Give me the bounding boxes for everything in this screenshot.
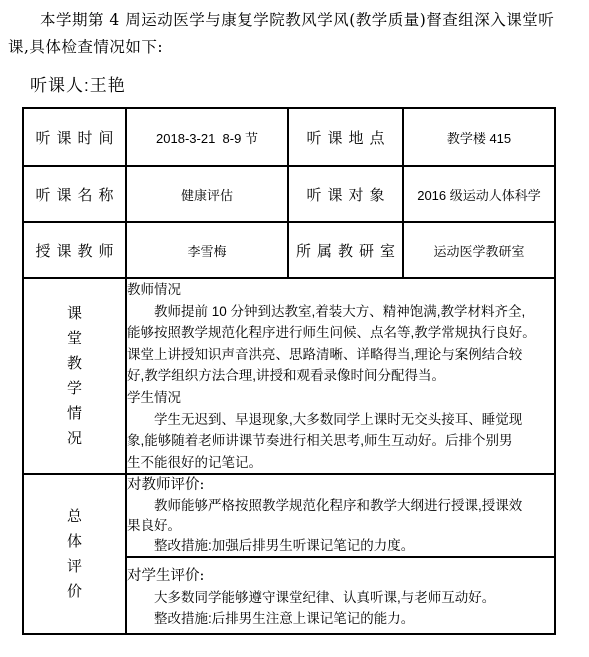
intro-line-2: 课,具体检查情况如下:: [8, 34, 586, 61]
intro-line-1: 本学期第 4 周运动医学与康复学院教风学风(教学质量)督查组深入课堂听: [8, 7, 586, 34]
listener-line: 听课人:王艳: [30, 71, 126, 96]
content-line: 课堂上讲授知识声音洪亮、思路清晰、详略得当,理论与案例结合较: [127, 344, 554, 366]
value-teaching-office: 运动医学教研室: [403, 222, 555, 278]
label-teacher: 授课教师: [23, 222, 126, 278]
table-row: 听课名称 健康评估 听课对象 2016 级运动人体科学: [23, 166, 555, 222]
overall-evaluation-teacher-row: 总体评价 对教师评价: 教师能够严格按照教学规范化程序和教学大纲进行授课,授课效…: [23, 474, 555, 557]
label-course-name: 听课名称: [23, 166, 126, 222]
content-line: 教师情况: [127, 279, 554, 301]
inspection-table: 听课时间 2018-3-21 8-9 节 听课地点 教学楼 415 听课名称 健…: [22, 107, 556, 635]
content-line: 象,能够随着老师讲课节奏进行相关思考,师生互动好。后排个别男: [127, 430, 554, 452]
content-line: 大多数同学能够遵守课堂纪律、认真听课,与老师互动好。: [127, 587, 554, 608]
intro-paragraph: 本学期第 4 周运动医学与康复学院教风学风(教学质量)督查组深入课堂听 课,具体…: [8, 7, 586, 61]
content-line: 整改措施:后排男生注意上课记笔记的能力。: [127, 608, 554, 629]
content-line: 学生情况: [127, 387, 554, 409]
label-listen-time: 听课时间: [23, 108, 126, 166]
value-listen-place: 教学楼 415: [403, 108, 555, 166]
label-audience: 听课对象: [288, 166, 403, 222]
content-line: 生不能很好的记笔记。: [127, 452, 554, 474]
teacher-evaluation-content: 对教师评价: 教师能够严格按照教学规范化程序和教学大纲进行授课,授课效 果良好。…: [126, 474, 555, 557]
value-audience: 2016 级运动人体科学: [403, 166, 555, 222]
table-row: 授课教师 李雪梅 所属教研室 运动医学教研室: [23, 222, 555, 278]
value-course-name: 健康评估: [126, 166, 288, 222]
label-teaching-office: 所属教研室: [288, 222, 403, 278]
content-line: 整改措施:加强后排男生听课记笔记的力度。: [127, 536, 554, 556]
classroom-situation-row: 课堂教学情况 教师情况 教师提前 10 分钟到达教室,着装大方、精神饱满,教学材…: [23, 278, 555, 474]
student-evaluation-heading: 对学生评价:: [127, 566, 554, 587]
content-line: 能够按照教学规范化程序进行师生问候、点名等,教学常规执行良好。: [127, 322, 554, 344]
content-line: 果良好。: [127, 516, 554, 536]
content-line: 教师能够严格按照教学规范化程序和教学大纲进行授课,授课效: [127, 496, 554, 516]
content-line: 好,教学组织方法合理,讲授和观看录像时间分配得当。: [127, 365, 554, 387]
classroom-situation-label-cell: 课堂教学情况: [23, 278, 126, 474]
content-line: 教师提前 10 分钟到达教室,着装大方、精神饱满,教学材料齐全,: [127, 301, 554, 323]
value-listen-time: 2018-3-21 8-9 节: [126, 108, 288, 166]
table-row: 听课时间 2018-3-21 8-9 节 听课地点 教学楼 415: [23, 108, 555, 166]
overall-evaluation-label-cell: 总体评价: [23, 474, 126, 634]
teacher-evaluation-heading: 对教师评价:: [127, 475, 554, 495]
label-listen-place: 听课地点: [288, 108, 403, 166]
classroom-situation-content: 教师情况 教师提前 10 分钟到达教室,着装大方、精神饱满,教学材料齐全, 能够…: [126, 278, 555, 474]
overall-evaluation-label: 总体评价: [66, 504, 83, 604]
value-teacher: 李雪梅: [126, 222, 288, 278]
content-line: 学生无迟到、早退现象,大多数同学上课时无交头接耳、睡觉现: [127, 409, 554, 431]
student-evaluation-content: 对学生评价: 大多数同学能够遵守课堂纪律、认真听课,与老师互动好。 整改措施:后…: [126, 557, 555, 634]
classroom-situation-label: 课堂教学情况: [66, 301, 83, 451]
